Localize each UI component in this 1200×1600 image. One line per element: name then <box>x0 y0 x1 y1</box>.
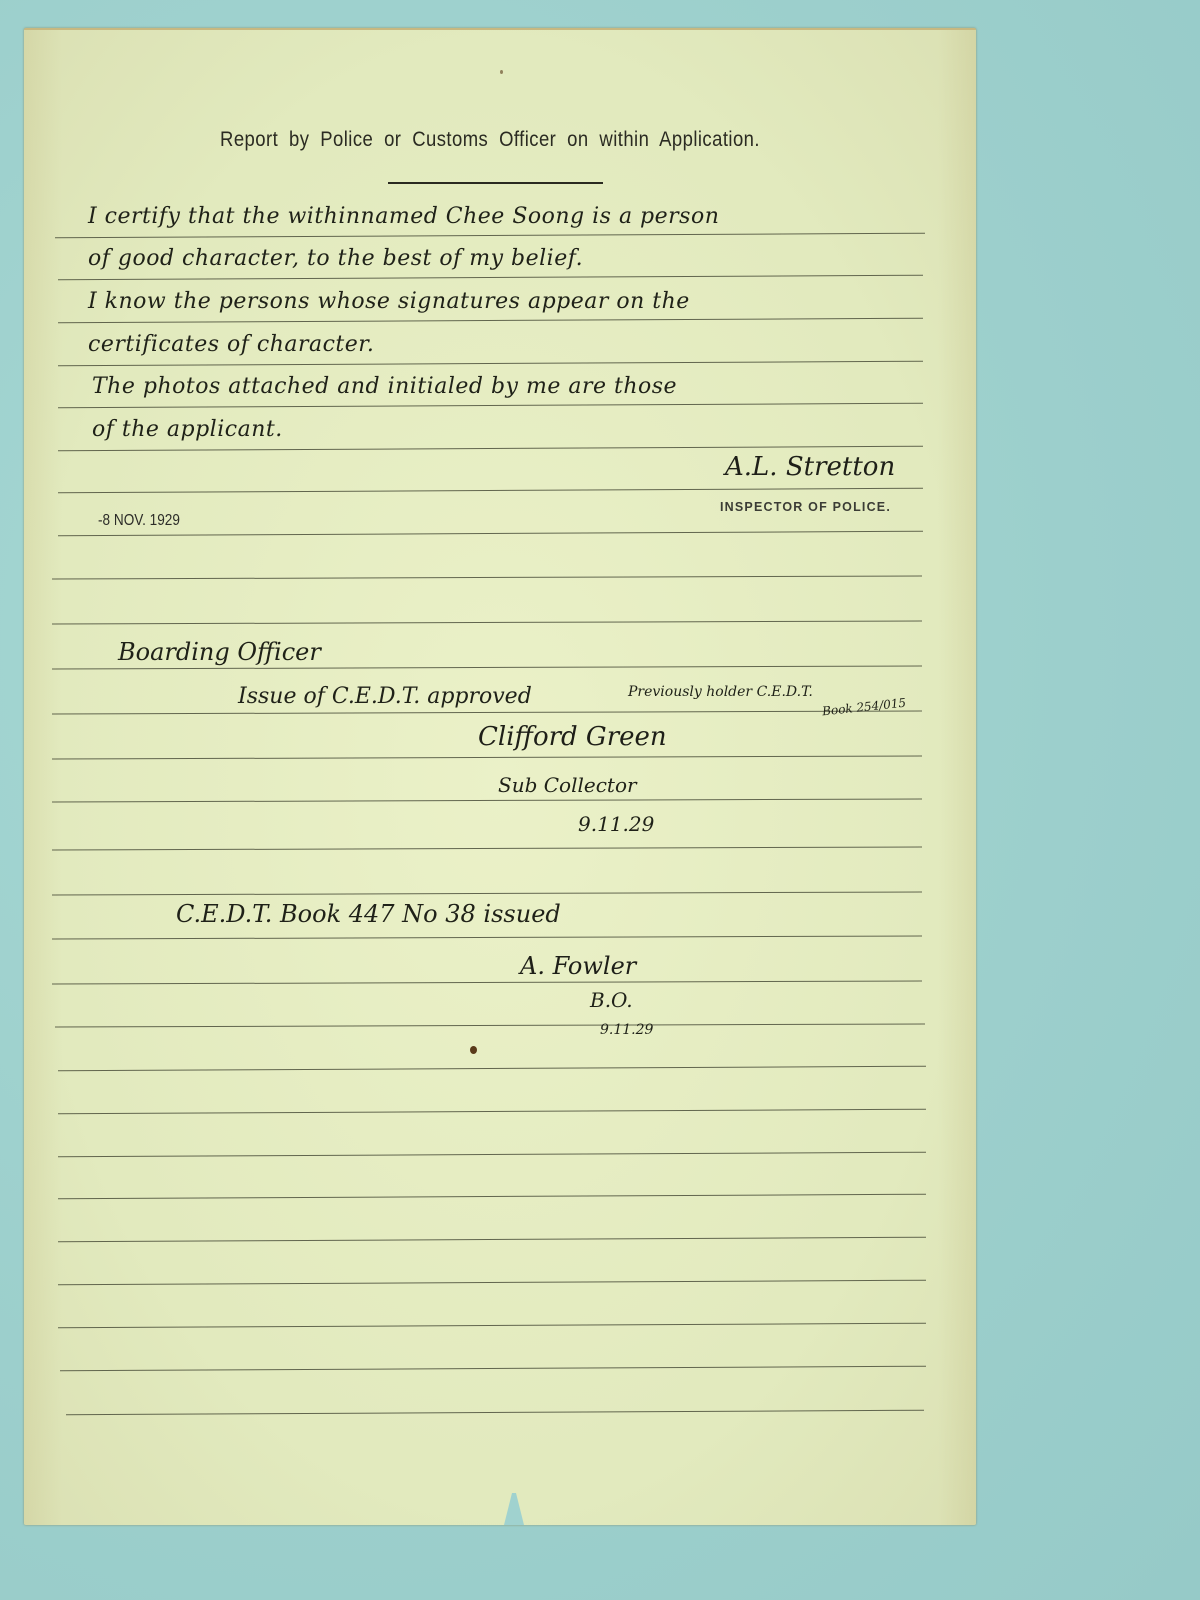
previous-holder-note: Previously holder C.E.D.T. <box>628 684 813 700</box>
sub-collector-date: 9.11.29 <box>578 812 654 836</box>
report-line: I know the persons whose signatures appe… <box>88 289 690 314</box>
ink-spot <box>500 70 503 74</box>
approval-text: Issue of C.E.D.T. approved <box>238 684 532 709</box>
sub-collector-title: Sub Collector <box>498 773 637 797</box>
ink-spot <box>470 1046 477 1054</box>
report-line: of the applicant. <box>92 417 283 442</box>
report-line: certificates of character. <box>88 332 374 357</box>
issue-note-text: C.E.D.T. Book 447 No 38 issued <box>176 900 561 928</box>
boarding-officer-heading: Boarding Officer <box>118 638 321 666</box>
inspector-signature: A.L. Stretton <box>725 452 895 482</box>
report-line: I certify that the withinnamed Chee Soon… <box>88 204 719 229</box>
issue-note-date: 9.11.29 <box>600 1022 653 1038</box>
sub-collector-signature: Clifford Green <box>478 722 667 752</box>
page-title: Report by Police or Customs Officer on w… <box>138 128 842 152</box>
report-line: The photos attached and initialed by me … <box>92 374 677 399</box>
title-underline <box>388 182 603 184</box>
report-line: of good character, to the best of my bel… <box>88 246 583 271</box>
boarding-officer-signature: A. Fowler <box>520 952 636 980</box>
inspector-title: INSPECTOR OF POLICE. <box>720 500 891 514</box>
boarding-officer-title: B.O. <box>590 988 633 1012</box>
date-stamp: -8 NOV. 1929 <box>98 512 180 530</box>
